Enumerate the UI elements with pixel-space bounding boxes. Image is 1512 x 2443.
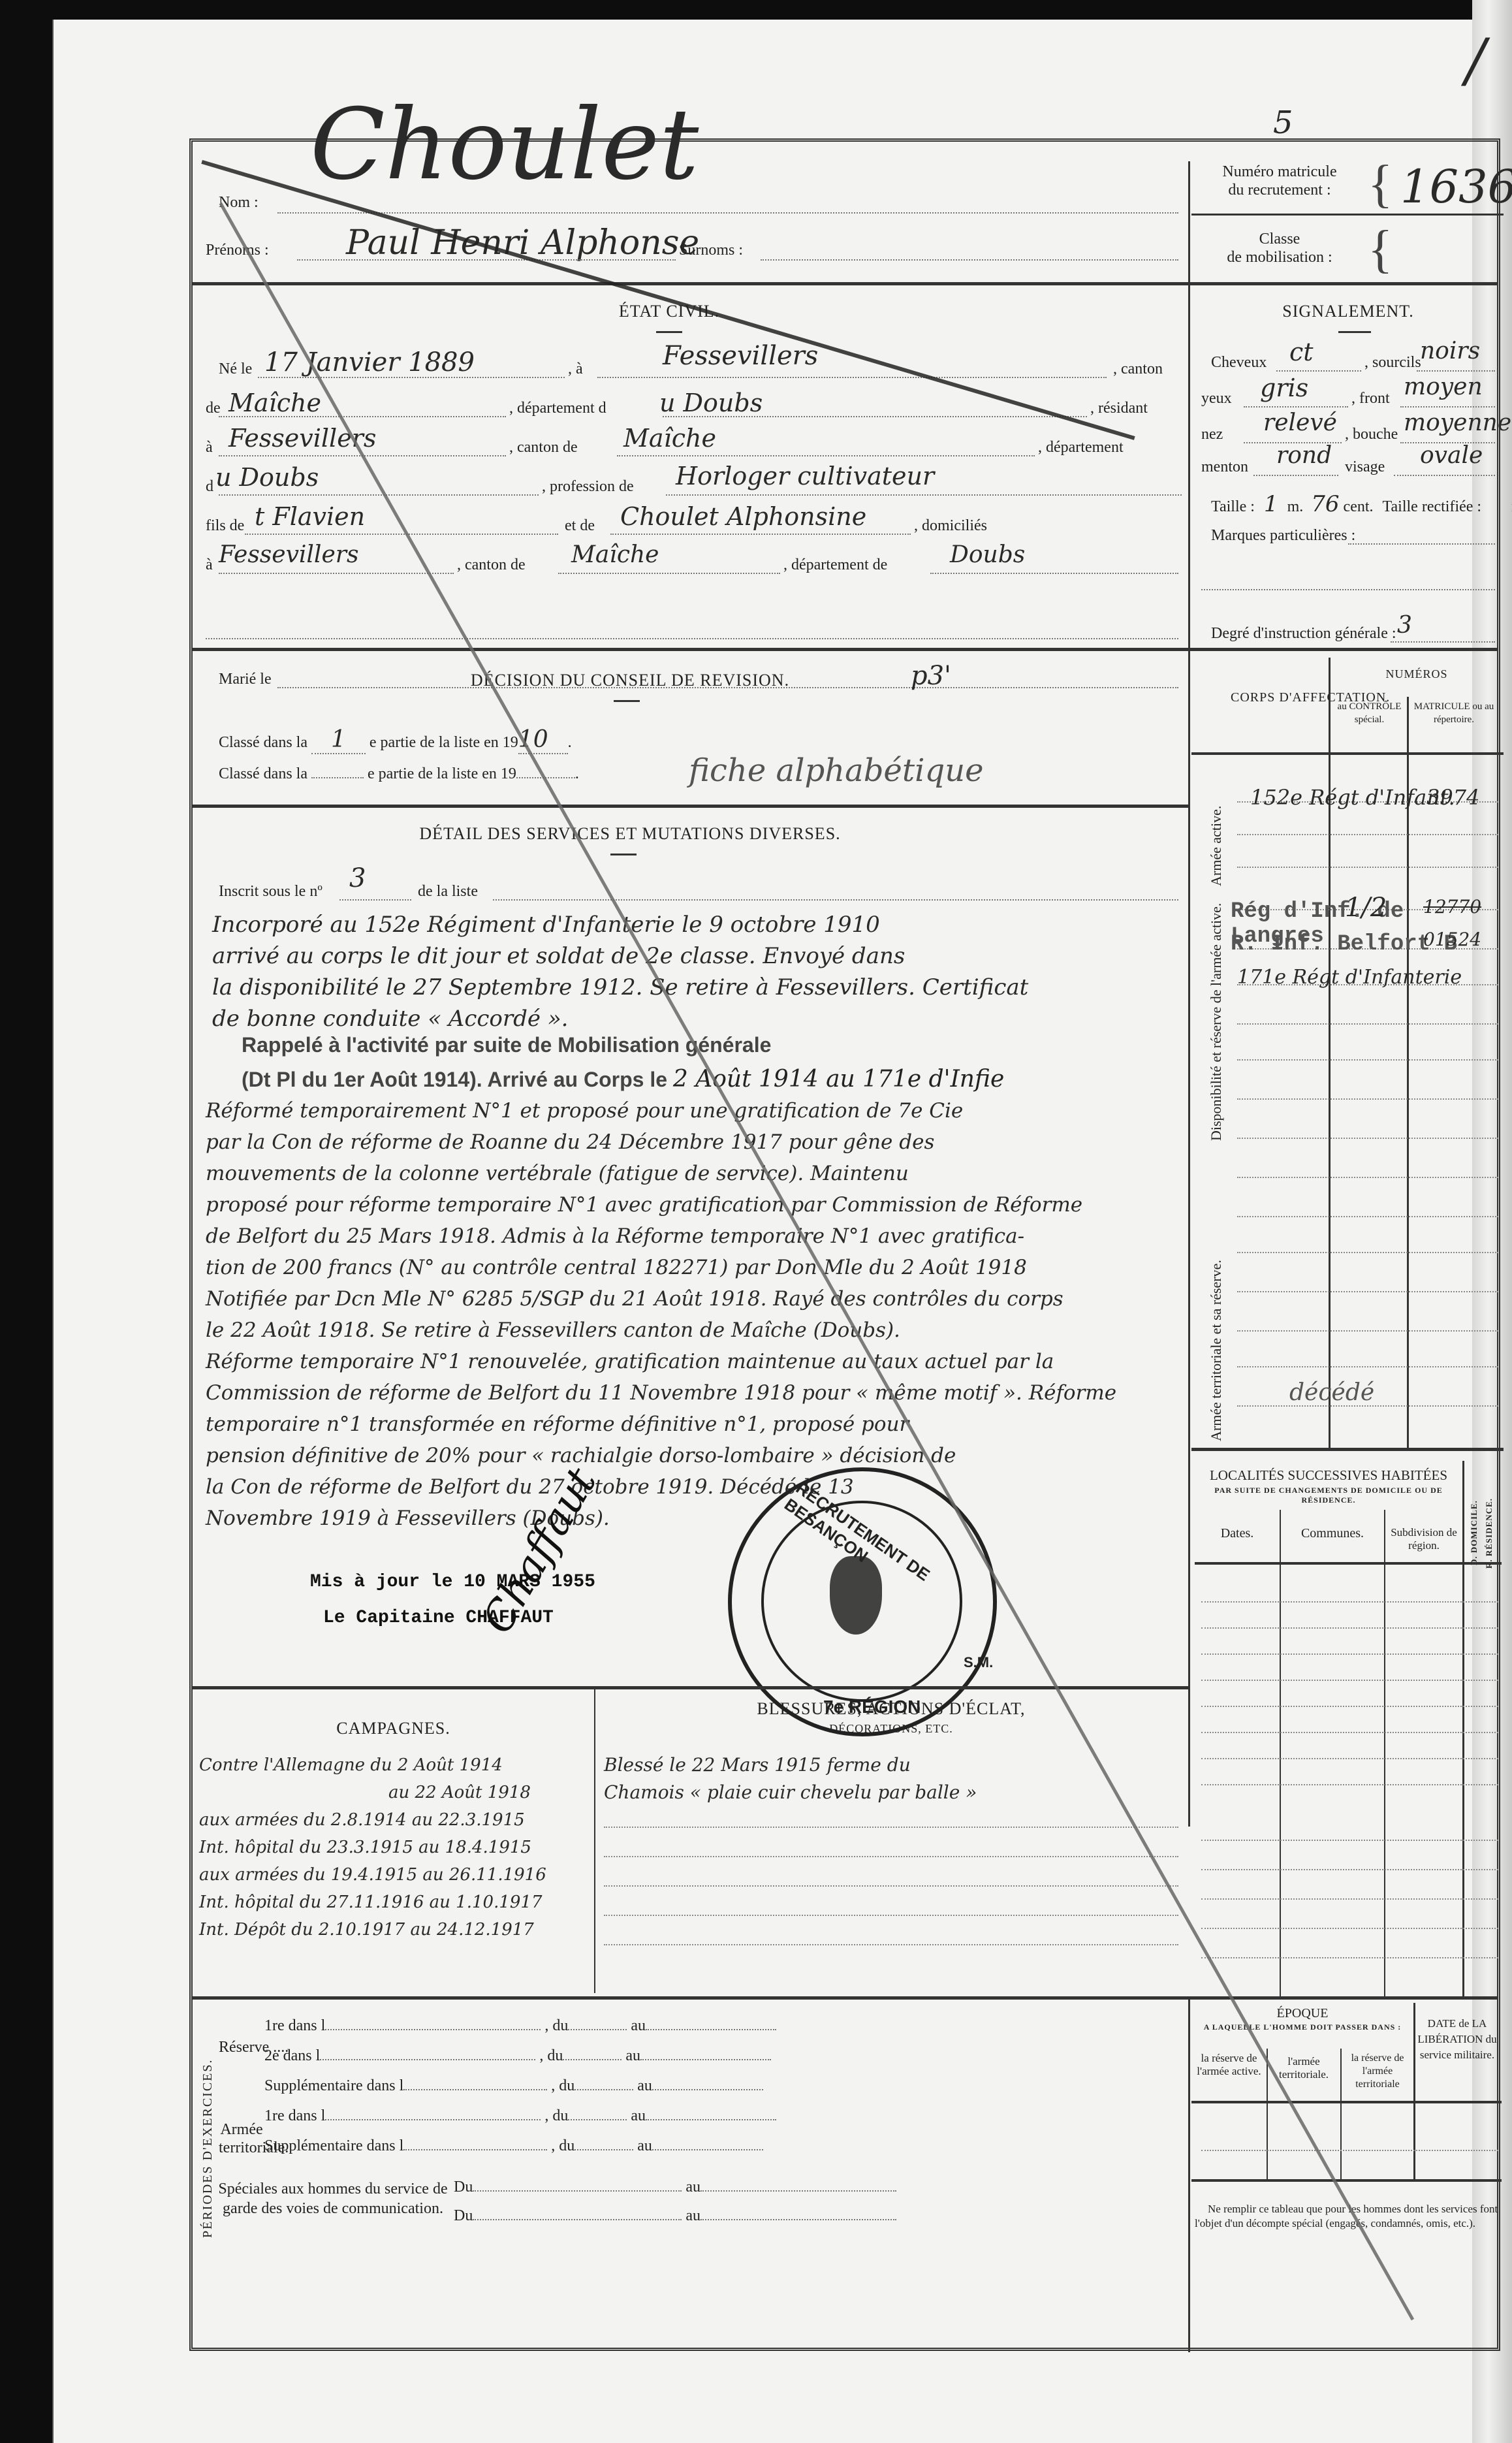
- ne-le-value: 17 Janvier 1889: [264, 347, 475, 377]
- domicilies-label: , domiciliés: [914, 517, 987, 535]
- row-line: [1201, 1898, 1498, 1900]
- year-value: 10: [518, 726, 568, 754]
- nez-label: nez: [1201, 426, 1223, 443]
- section-divider: [193, 805, 1188, 808]
- row-line: [1201, 1957, 1498, 1958]
- departement3-value: Doubs: [950, 541, 1025, 568]
- speciales-label: Spéciales aux hommes du service de garde…: [215, 2179, 450, 2218]
- au-label: au: [631, 2017, 646, 2034]
- row-line: [1237, 1291, 1498, 1292]
- rappel-line: (Dt Pl du 1er Août 1914). Arrivé au Corp…: [242, 1066, 1004, 1093]
- field-line: [219, 416, 506, 417]
- service-line: Novembre 1919 à Fessevillers (Doubs).: [206, 1503, 1178, 1534]
- territoriale-row: 1re dans l , du au: [264, 2101, 1165, 2131]
- section-divider: [193, 1686, 1188, 1689]
- canton2-value: Maîche: [623, 424, 716, 453]
- column-divider: [1384, 1510, 1385, 1813]
- reserve-rows: 1re dans l , du au 2e dans l , du au Sup…: [264, 2011, 1165, 2101]
- departement2-label: , département: [1038, 439, 1124, 456]
- profession-label: , profession de: [542, 478, 634, 496]
- title-underline: [656, 331, 682, 333]
- domicile-value: Fessevillers: [219, 541, 358, 568]
- classe-label: Classé dans la: [219, 734, 307, 751]
- title-underline: [1338, 331, 1371, 333]
- armee-active-corps: 152e Régt d'Infant.: [1250, 785, 1455, 810]
- date-liberation-title: DATE de LA LIBÉRATION du service militai…: [1415, 2016, 1500, 2063]
- service-line: par la Con de réforme de Roanne du 24 Dé…: [206, 1126, 1178, 1158]
- service-line: tion de 200 francs (N° au contrôle centr…: [206, 1252, 1178, 1283]
- campagnes-list: Contre l'Allemagne du 2 Août 1914 au 22 …: [199, 1751, 591, 1943]
- canton-value: Maîche: [228, 389, 321, 417]
- canton3-value: Maîche: [571, 541, 659, 568]
- reserve-row: 1re dans l , du au: [264, 2011, 1165, 2041]
- matricule-label: Numéro matricule du recrutement :: [1214, 163, 1345, 199]
- menton-label: menton: [1201, 458, 1248, 476]
- a3-label: à: [206, 556, 213, 574]
- armee-territoriale-label: Armée territoriale.: [219, 2120, 264, 2157]
- departement-value: u Doubs: [659, 389, 763, 417]
- field-line: [610, 534, 911, 535]
- row-line: [1237, 1098, 1498, 1100]
- territoriale-rows: 1re dans l , du au Supplémentaire dans l…: [264, 2101, 1165, 2161]
- etat-civil-title: ÉTAT CIVIL.: [408, 302, 930, 321]
- speciales-rows: Du au Du au: [454, 2173, 1172, 2230]
- col-armee-territoriale: l'armée territoriale.: [1268, 2055, 1340, 2081]
- col-communes: Communes.: [1281, 1526, 1384, 1541]
- reserve-row: 2e dans l , du au: [264, 2041, 1165, 2071]
- menton-value: rond: [1276, 442, 1332, 469]
- degre-label: Degré d'instruction générale :: [1211, 625, 1396, 643]
- row-line: [1237, 1023, 1498, 1025]
- du-label: Du: [454, 2179, 473, 2196]
- armee-active-matricule: 3974: [1426, 785, 1479, 810]
- header-divider: [1195, 1562, 1502, 1565]
- service-line: temporaire n°1 transformée en réforme dé…: [206, 1409, 1178, 1440]
- service-line: la Con de réforme de Belfort du 27 octob…: [206, 1471, 1178, 1503]
- row-line: [1237, 1252, 1498, 1253]
- service-line: de Belfort du 25 Mars 1918. Admis à la R…: [206, 1221, 1178, 1252]
- field-line: [258, 377, 565, 378]
- stamp-side-text: S.M.: [964, 1654, 993, 1671]
- row-label: Supplémentaire dans l: [264, 2137, 403, 2154]
- yeux-label: yeux: [1201, 390, 1232, 407]
- campagne-entry: au 22 Août 1918: [199, 1779, 591, 1806]
- row-line: [1237, 834, 1498, 835]
- surnoms-field-line: [761, 259, 1178, 261]
- header-divider: [193, 282, 1498, 285]
- partie-label: e partie de la liste en 19: [370, 734, 518, 751]
- row-line: [1201, 1840, 1498, 1841]
- au-label: au: [625, 2047, 640, 2064]
- campagne-entry: Int. Dépôt du 2.10.1917 au 24.12.1917: [199, 1916, 591, 1943]
- row-line: [1201, 1758, 1498, 1759]
- column-divider: [1462, 1461, 1464, 1813]
- prenoms-field-line: [297, 259, 676, 261]
- marques-label: Marques particulières :: [1211, 527, 1355, 545]
- dispo-controle-1: 1/2: [1345, 893, 1387, 923]
- localites-title: LOCALITÉS SUCCESSIVES HABITÉES: [1195, 1467, 1462, 1484]
- classe-label: Classe de mobilisation :: [1214, 230, 1345, 266]
- au-label: au: [637, 2077, 652, 2094]
- cheveux-label: Cheveux: [1211, 354, 1267, 372]
- row-line: [1201, 1680, 1498, 1681]
- column-divider: [1280, 1813, 1281, 1996]
- classe-label-line-2: de mobilisation :: [1214, 248, 1345, 266]
- field-line: [1391, 641, 1495, 643]
- signalement-title: SIGNALEMENT.: [1198, 302, 1498, 321]
- row-label: 1re dans l: [264, 2017, 325, 2034]
- a2-label: à: [206, 439, 213, 456]
- col-residence: R. RÉSIDENCE.: [1484, 1498, 1494, 1569]
- field-line: [245, 534, 558, 535]
- taille-cent-label: cent.: [1344, 498, 1374, 515]
- field-line: [206, 638, 1178, 639]
- row-line: [1201, 1869, 1498, 1870]
- row-line: [604, 1885, 1178, 1887]
- surnoms-label: Surnoms :: [679, 242, 743, 259]
- column-divider: [1384, 1813, 1385, 1996]
- classe-row-2: Classé dans la e partie de la liste en 1…: [219, 765, 579, 783]
- service-line: Incorporé au 152e Régiment d'Infanterie …: [212, 909, 1178, 940]
- du-label: du: [559, 2137, 575, 2154]
- service-line: Notifiée par Dcn Mle N° 6285 5/SGP du 21…: [206, 1283, 1178, 1315]
- taille-rect-m-label: m.: [1485, 498, 1512, 515]
- page-number: 5: [1273, 104, 1293, 141]
- service-line: le 22 Août 1918. Se retire à Fesseviller…: [206, 1315, 1178, 1346]
- field-line: [219, 494, 539, 496]
- row-label: 2e dans l: [264, 2047, 320, 2064]
- matricule-label-line-1: Numéro matricule: [1214, 163, 1345, 181]
- rappel-printed-2: (Dt Pl du 1er Août 1914). Arrivé au Corp…: [242, 1068, 667, 1091]
- column-divider: [1462, 1813, 1464, 1996]
- service-line: proposé pour réforme temporaire N°1 avec…: [206, 1189, 1178, 1221]
- partie-value: [311, 777, 364, 778]
- visage-value: ovale: [1420, 442, 1483, 469]
- epoque-subtitle: A LAQUELLE L'HOMME DOIT PASSER DANS :: [1191, 2022, 1413, 2032]
- column-divider: [1188, 161, 1190, 1827]
- header-divider: [1191, 752, 1504, 755]
- pere-value: t Flavien: [255, 502, 365, 531]
- col-reserve-territoriale: la réserve de l'armée territoriale: [1342, 2052, 1413, 2091]
- row-line: [604, 1915, 1178, 1916]
- territoriale-row: Supplémentaire dans l , du au: [264, 2131, 1165, 2161]
- front-value: moyen: [1404, 374, 1483, 400]
- row-line: [1201, 1653, 1498, 1655]
- dispo-matricule-1: 12770: [1423, 896, 1481, 918]
- blessures-list: Blessé le 22 Mars 1915 ferme du Chamois …: [604, 1751, 1178, 1806]
- epoque-title: ÉPOQUE: [1191, 2006, 1413, 2021]
- campagne-entry: Contre l'Allemagne du 2 Août 1914: [199, 1751, 591, 1779]
- brace-icon: {: [1368, 155, 1393, 214]
- service-line: la disponibilité le 27 Septembre 1912. S…: [212, 972, 1178, 1003]
- service-line: Réforme temporaire N°1 renouvelée, grati…: [206, 1346, 1178, 1377]
- nom-value: Choulet: [310, 96, 699, 194]
- front-label: , front: [1351, 390, 1390, 407]
- nez-value: relevé: [1263, 409, 1337, 436]
- campagne-entry: Int. hôpital du 27.11.1916 au 1.10.1917: [199, 1889, 591, 1916]
- bouche-label: , bouche: [1345, 426, 1398, 443]
- taille-m-label: m.: [1287, 498, 1304, 515]
- registre-matricule-form: Choulet Nom : Prénoms : Paul Henri Alpho…: [189, 138, 1500, 2351]
- blessures-title: BLESSURES, ACTIONS D'ÉCLAT,: [597, 1699, 1185, 1719]
- service-line: Réformé temporairement N°1 et proposé po…: [206, 1095, 1178, 1126]
- de-label: de: [206, 400, 221, 417]
- row-line: [1237, 1330, 1498, 1332]
- campagne-entry: aux armées du 2.8.1914 au 22.3.1915: [199, 1806, 591, 1834]
- visage-label: visage: [1345, 458, 1385, 476]
- service-line: pension définitive de 20% pour « rachial…: [206, 1440, 1178, 1471]
- service-line: de bonne conduite « Accordé ».: [212, 1003, 1178, 1034]
- field-line: [666, 494, 1182, 496]
- field-line: [930, 573, 1178, 574]
- field-line: [663, 416, 1087, 417]
- taille-label: Taille :: [1211, 498, 1255, 515]
- field-line: [1400, 406, 1495, 407]
- ne-le-label: Né le: [219, 360, 252, 378]
- title-underline: [610, 854, 637, 855]
- au-label: au: [685, 2179, 701, 2196]
- yeux-value: gris: [1260, 374, 1308, 402]
- row-line: [604, 1856, 1178, 1857]
- classe-label: Classé dans la: [219, 765, 307, 782]
- armee-active-label: Armée active.: [1208, 769, 1225, 886]
- row-label: 1re dans l: [264, 2107, 325, 2124]
- field-line: [1276, 370, 1361, 372]
- blessure-entry: Chamois « plaie cuir chevelu par balle »: [604, 1779, 1178, 1806]
- column-divider: [1329, 658, 1331, 1448]
- decede-note: décédé: [1289, 1379, 1374, 1406]
- territoriale-label: Armée territoriale et sa réserve.: [1208, 1180, 1225, 1441]
- corner-mark: /: [1466, 26, 1485, 95]
- nom-field-line: [277, 212, 1178, 214]
- campagne-entry: Int. hôpital du 23.3.1915 au 18.4.1915: [199, 1834, 591, 1861]
- numeros-title: NUMÉROS: [1332, 667, 1502, 681]
- field-line: [1394, 475, 1495, 476]
- row-label: Supplémentaire dans l: [264, 2077, 403, 2094]
- departement2-value: u Doubs: [215, 463, 319, 492]
- matricule-value: 1636: [1400, 160, 1512, 214]
- col-reserve-active: la réserve de l'armée active.: [1191, 2052, 1267, 2078]
- services-text-block-2: Réformé temporairement N°1 et proposé po…: [206, 1095, 1178, 1534]
- departement3-label: , département de: [783, 556, 887, 574]
- col-domicile: D. DOMICILE.: [1469, 1500, 1479, 1565]
- row-line: [1201, 1706, 1498, 1707]
- field-line: [1417, 370, 1495, 372]
- dispo-corps-3: 171e Régt d'Infanterie: [1237, 966, 1462, 989]
- row-line: [1201, 1627, 1498, 1629]
- au-label: au: [637, 2137, 652, 2154]
- header-divider: [1191, 2101, 1502, 2103]
- field-line: [558, 573, 780, 574]
- residant-label: , résidant: [1090, 400, 1148, 417]
- section-divider: [1191, 1448, 1504, 1451]
- classe-label-line-1: Classe: [1214, 230, 1345, 248]
- du-label: du: [547, 2047, 563, 2064]
- profession-value: Horloger cultivateur: [676, 462, 934, 490]
- field-line: [493, 899, 1178, 901]
- departement-label: , département d: [509, 400, 606, 417]
- section-divider: [193, 1996, 1498, 2000]
- col-dates: Dates.: [1195, 1526, 1280, 1541]
- du-label: du: [552, 2017, 568, 2034]
- field-line: [1201, 589, 1495, 590]
- inscrit-value: 3: [349, 863, 366, 893]
- brace-icon: {: [1368, 220, 1393, 279]
- lieu-naissance-value: Fessevillers: [663, 341, 818, 371]
- matricule-label-line-2: du recrutement :: [1214, 181, 1345, 199]
- field-line: [339, 899, 411, 901]
- row-line: [1237, 1216, 1498, 1217]
- field-line: [1244, 406, 1348, 407]
- col-subdivision: Subdivision de région.: [1385, 1526, 1462, 1552]
- column-divider: [1188, 2000, 1190, 2352]
- column-divider: [1280, 1510, 1281, 1813]
- blessure-entry: Blessé le 22 Mars 1915 ferme du: [604, 1751, 1178, 1779]
- localites-subtitle: PAR SUITE DE CHANGEMENTS DE DOMICILE OU …: [1195, 1486, 1462, 1505]
- col-matricule-repertoire: MATRICULE ou au répertoire.: [1408, 700, 1500, 726]
- section-divider: [1191, 2179, 1502, 2182]
- du-label: du: [559, 2077, 575, 2094]
- fiche-alphabetique-note: fiche alphabétique: [689, 752, 984, 789]
- row-line: [1201, 1601, 1498, 1603]
- canton-de-label: , canton de: [509, 439, 578, 456]
- rappel-handwritten: 2 Août 1914 au 171e d'Infie: [673, 1066, 1004, 1093]
- disponibilite-label: Disponibilité et réserve de l'armée acti…: [1208, 906, 1225, 1141]
- periodes-side-label: PÉRIODES D'EXERCICES.: [200, 2016, 215, 2238]
- column-divider: [594, 1689, 595, 1993]
- et-de-label: et de: [565, 517, 595, 535]
- cheveux-value: ct: [1289, 338, 1314, 366]
- a-label: , à: [568, 360, 583, 378]
- au-label: au: [685, 2207, 701, 2224]
- field-line: [219, 573, 454, 574]
- fils-label: fils de: [206, 517, 244, 535]
- marie-label: Marié le: [219, 671, 272, 688]
- row-line: [604, 1944, 1178, 1945]
- row-line: [1201, 1732, 1498, 1733]
- dispo-matricule-2: 01524: [1423, 929, 1481, 950]
- section-divider: [193, 648, 1188, 651]
- title-underline: [614, 700, 640, 702]
- taille-row: Taille : 1 m. 76cent. Taille rectifiée :…: [1211, 491, 1512, 517]
- taille-m-value: 1: [1259, 491, 1284, 517]
- services-title: DÉTAIL DES SERVICES ET MUTATIONS DIVERSE…: [238, 824, 1022, 844]
- row-line: [1201, 2150, 1498, 2151]
- sourcils-label: , sourcils: [1364, 354, 1421, 372]
- row-line: [1201, 1928, 1498, 1929]
- reserve-row: Supplémentaire dans l , du au: [264, 2071, 1165, 2101]
- field-line: [1348, 543, 1495, 545]
- row-line: [1201, 1784, 1498, 1785]
- d-label: d: [206, 478, 213, 496]
- row-line: [604, 1827, 1178, 1828]
- taille-rectifiee-label: Taille rectifiée :: [1378, 498, 1482, 515]
- inscrit-label: Inscrit sous le nº: [219, 883, 323, 901]
- margin-note: p3': [911, 661, 951, 691]
- taille-cent-value: 76: [1307, 491, 1343, 517]
- speciales-row: Du au: [454, 2201, 1172, 2230]
- service-line: Commission de réforme de Belfort du 11 N…: [206, 1377, 1178, 1409]
- du-label: du: [552, 2107, 568, 2124]
- prenoms-label: Prénoms :: [206, 242, 269, 259]
- row-line: [1237, 1059, 1498, 1061]
- services-text-block-1: Incorporé au 152e Régiment d'Infanterie …: [212, 909, 1178, 1034]
- conseil-revision-title: DÉCISION DU CONSEIL DE REVISION.: [304, 671, 956, 690]
- mere-value: Choulet Alphonsine: [620, 502, 866, 531]
- campagne-entry: aux armées du 19.4.1915 au 26.11.1916: [199, 1861, 591, 1889]
- field-line: [597, 377, 1107, 378]
- col-controle-special: au CONTRÔLE spécial.: [1332, 700, 1407, 726]
- campagnes-title: CAMPAGNES.: [193, 1719, 594, 1738]
- partie-value: 1: [311, 726, 366, 754]
- row-line: [1237, 1177, 1498, 1178]
- matricule-divider: [1191, 214, 1504, 216]
- row-line: [1237, 1138, 1498, 1139]
- degre-value: 3: [1397, 612, 1412, 639]
- row-line: [1237, 867, 1498, 868]
- service-line: arrivé au corps le dit jour et soldat de…: [212, 940, 1178, 972]
- au-label: au: [631, 2107, 646, 2124]
- canton-label: , canton: [1113, 360, 1163, 378]
- du-label: Du: [454, 2207, 473, 2224]
- blessures-subtitle: DÉCORATIONS, ETC.: [597, 1722, 1185, 1736]
- field-line: [617, 455, 1035, 456]
- sourcils-value: noirs: [1420, 338, 1480, 364]
- service-line: mouvements de la colonne vertébrale (fat…: [206, 1158, 1178, 1189]
- bouche-value: moyenne: [1404, 409, 1511, 436]
- row-line: [1237, 1366, 1498, 1367]
- canton3-label: , canton de: [457, 556, 526, 574]
- field-line: [1253, 475, 1338, 476]
- speciales-row: Du au: [454, 2173, 1172, 2201]
- partie-label: e partie de la liste en 19: [368, 765, 516, 782]
- de-la-liste-label: de la liste: [418, 883, 478, 901]
